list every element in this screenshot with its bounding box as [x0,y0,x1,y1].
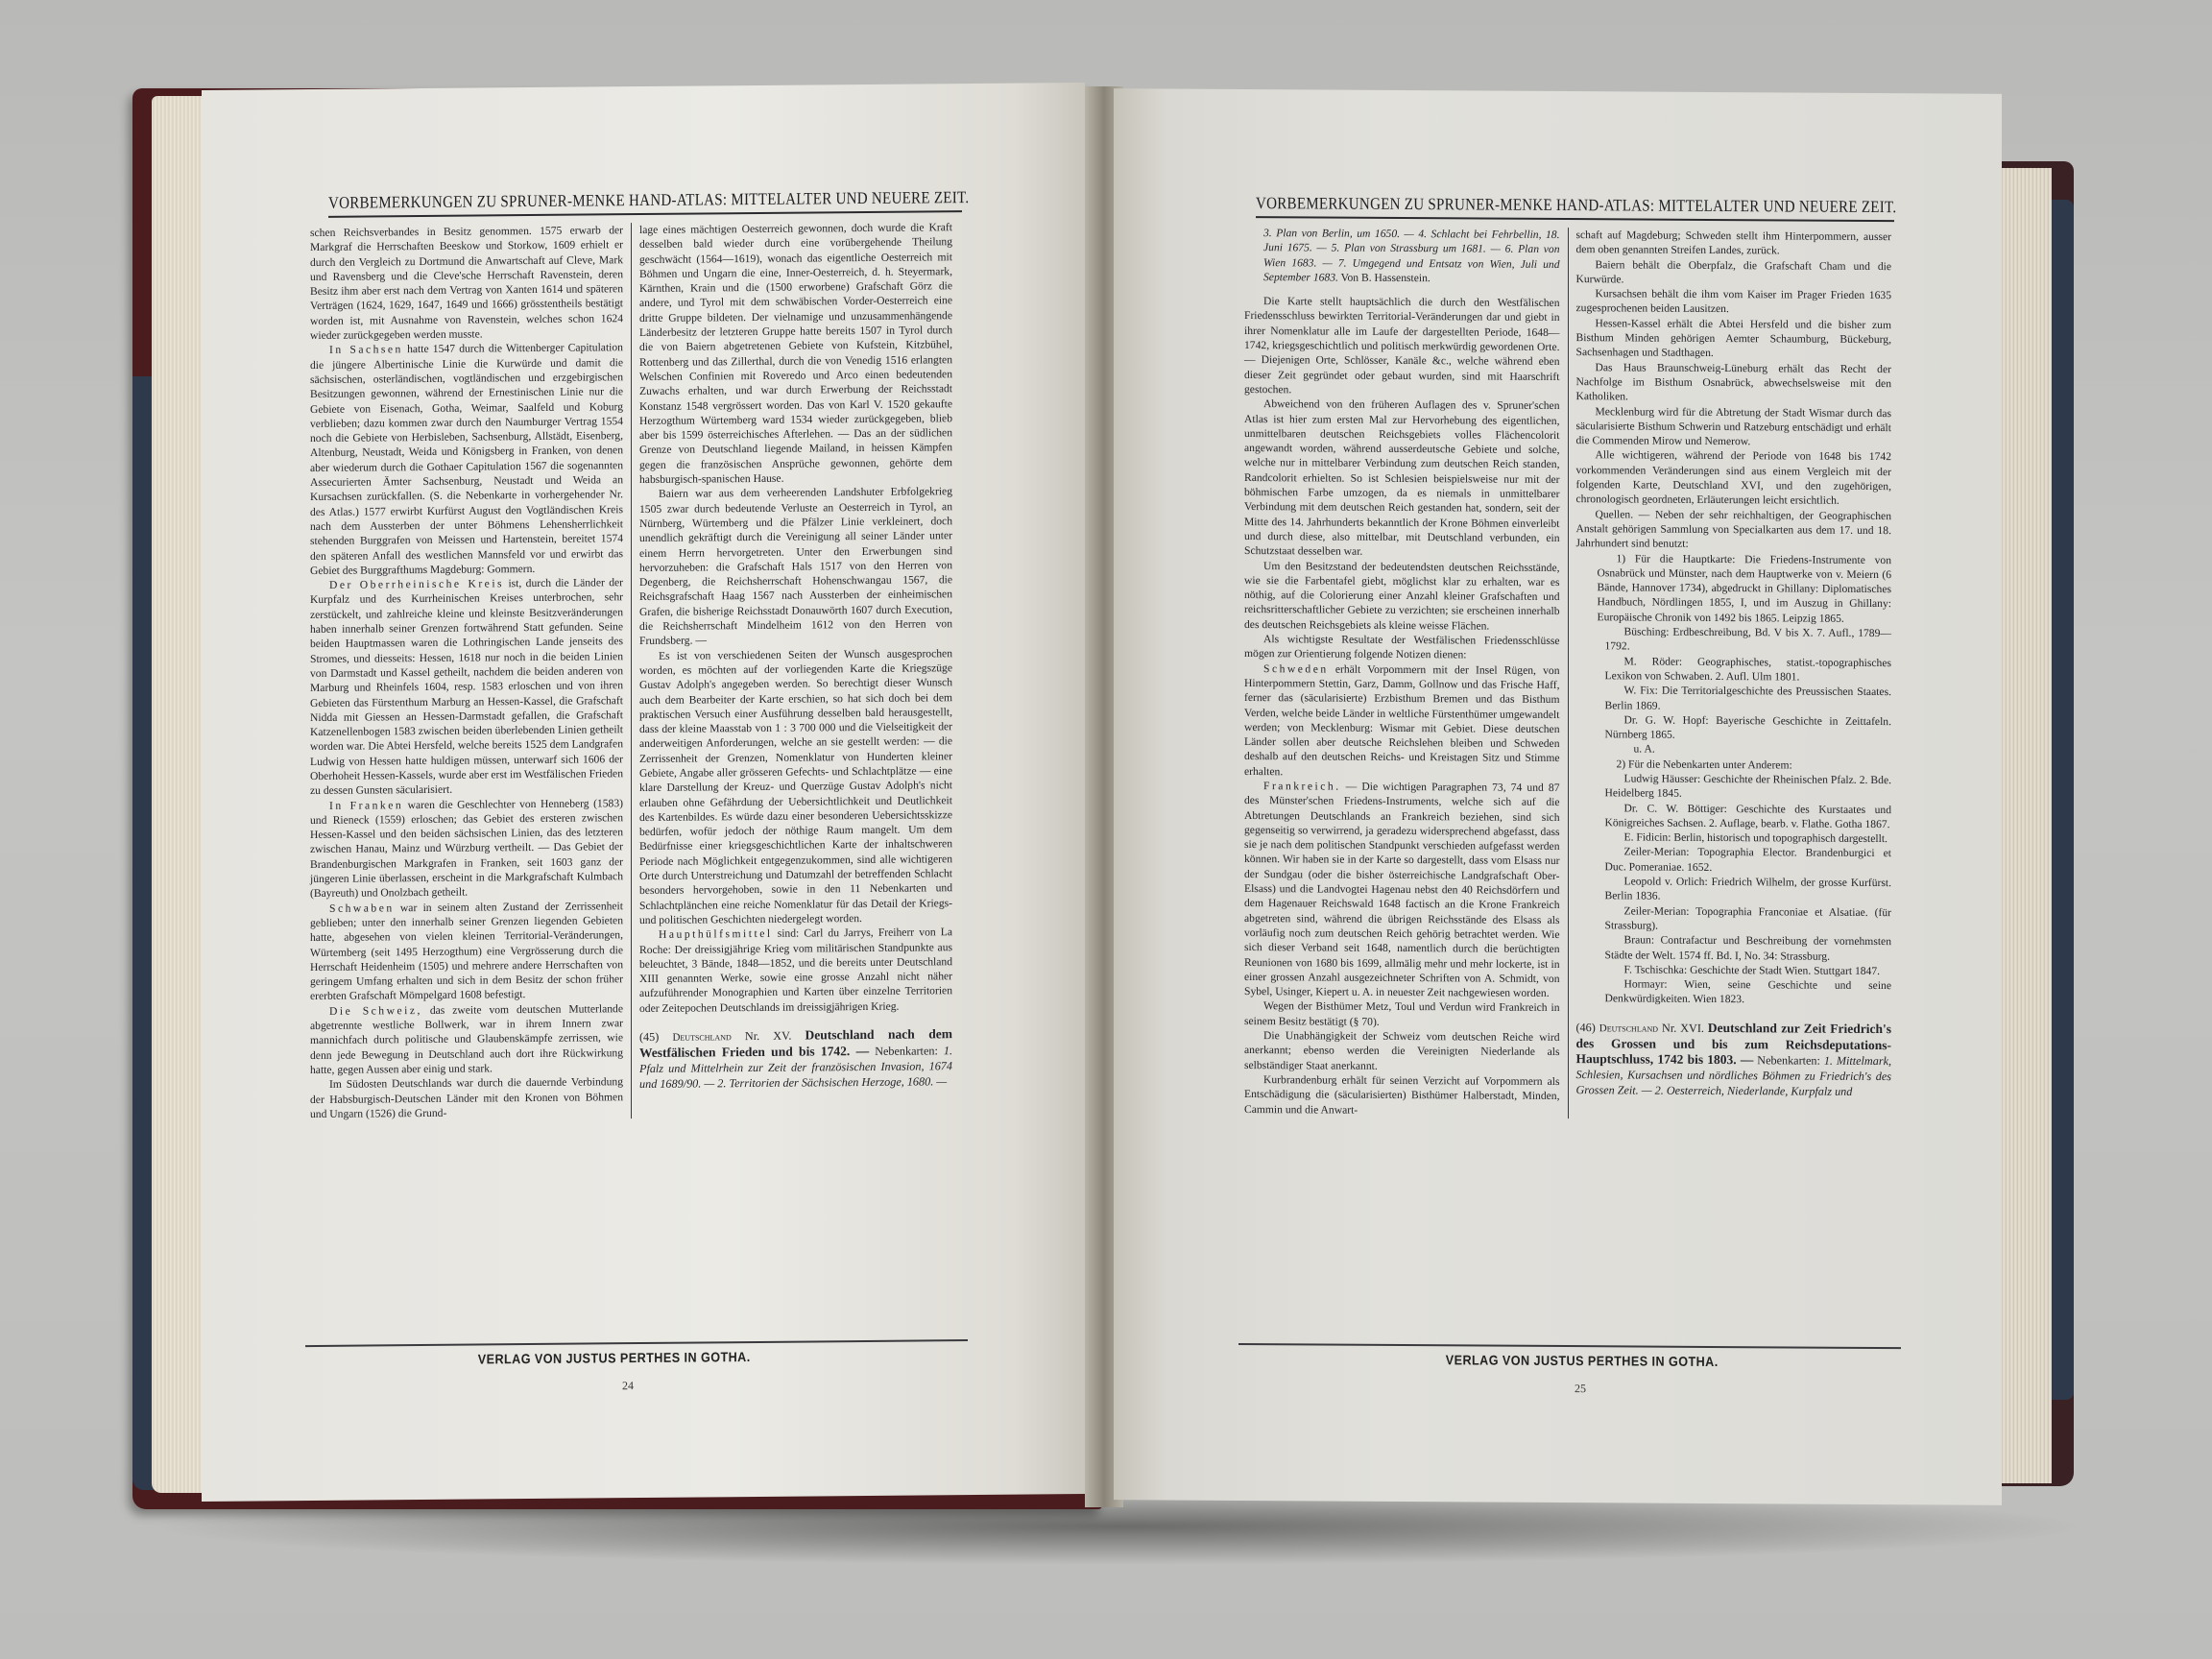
publisher-footer: VERLAG VON JUSTUS PERTHES IN GOTHA. [478,1349,751,1366]
spaced-term: Schwaben [329,902,395,915]
map-section-heading: (45) Deutschland Nr. XV. Deutschland nac… [639,1026,952,1092]
map-section-heading: (46) Deutschland Nr. XVI. Deutschland zu… [1576,1020,1892,1099]
paragraph: Alle wichtigeren, während der Periode vo… [1576,448,1892,509]
paragraph-text: erhält Vorpommern mit der Insel Rügen, v… [1244,662,1560,778]
column-1: 3. Plan von Berlin, um 1650. — 4. Schlac… [1237,226,1568,1118]
page-edges-left [152,96,209,1493]
page-number: 25 [1575,1382,1586,1396]
paragraph: Kurbrandenburg erhält für seinen Verzich… [1244,1072,1560,1118]
paragraph: Mecklenburg wird für die Abtretung der S… [1576,404,1892,450]
paragraph: Das Haus Braunschweig-Lüneburg erhält da… [1576,360,1892,406]
spaced-term: In Franken [329,799,403,812]
cover-cloth-left [132,376,154,1490]
source-entry: Ludwig Häusser: Geschichte der Rheinisch… [1576,771,1892,803]
section-number: (46) [1576,1021,1596,1034]
paragraph-text: war in seinem alten Zustand der Zerrisse… [310,900,623,1003]
paragraph: Schweden erhält Vorpommern mit der Insel… [1244,661,1560,781]
paragraph-text: — Die wichtigen Paragraphen 73, 74 und 8… [1244,781,1560,999]
nebenkarten-label: Nebenkarten: [1757,1053,1820,1067]
running-header: VORBEMERKUNGEN ZU SPRUNER-MENKE HAND-ATL… [328,187,979,213]
spaced-term: Die Schweiz, [329,1004,422,1018]
paragraph: Baiern behält die Oberpfalz, die Grafsch… [1576,257,1892,289]
right-page: VORBEMERKUNGEN ZU SPRUNER-MENKE HAND-ATL… [1114,88,2002,1505]
paragraph: Schwaben war in seinem alten Zustand der… [310,899,623,1004]
page-edges-right [2002,168,2052,1483]
paragraph: Es ist von verschiedenen Seiten der Wuns… [639,646,952,927]
paragraph: In Sachsen hatte 1547 durch die Wittenbe… [310,341,623,579]
paragraph: Baiern war aus dem verheerenden Landshut… [639,485,952,649]
source-entry: Dr. C. W. Böttiger: Geschichte des Kurst… [1576,801,1892,832]
source-entry: W. Fix: Die Territorialgeschichte des Pr… [1576,683,1892,714]
paragraph: In Franken waren die Geschlechter von He… [310,796,623,902]
paragraph: Hessen-Kassel erhält die Abtei Hersfeld … [1576,316,1892,362]
column-2: lage eines mächtigen Oesterreich gewonne… [631,220,960,1118]
paragraph: Um den Besitzstand der bedeutendsten deu… [1244,559,1560,634]
paragraph: Abweichend von den früheren Auflagen des… [1244,397,1560,560]
paragraph: lage eines mächtigen Oesterreich gewonne… [639,220,952,487]
source-entry: 1) Für die Hauptkarte: Die Friedens-Inst… [1576,551,1892,626]
paragraph: Frankreich. — Die wichtigen Paragraphen … [1244,779,1560,1000]
paragraph: Als wichtigste Resultate der Westfälisch… [1244,632,1560,663]
source-entry: Büsching: Erdbeschreibung, Bd. V bis X. … [1576,624,1892,656]
paragraph: Haupthülfsmittel sind: Carl du Jarrys, F… [639,925,952,1016]
paragraph: Die Karte stellt hauptsächlich die durch… [1244,294,1560,398]
spaced-term: Haupthülfsmittel [659,927,773,941]
paragraph: 3. Plan von Berlin, um 1650. — 4. Schlac… [1244,226,1560,286]
source-entry: Zeiler-Merian: Topographia Franconiae et… [1576,903,1892,935]
header-rule [1256,216,1894,222]
column-2: schaft auf Magdeburg; Schweden stellt ih… [1568,228,1900,1120]
page-number: 24 [622,1379,634,1393]
nebenkarten-label: Nebenkarten: [875,1044,938,1058]
footer-rule [1238,1343,1901,1349]
section-nr: Nr. XV. [745,1029,791,1043]
paragraph: Wegen der Bisthümer Metz, Toul und Verdu… [1244,998,1560,1030]
section-number: (45) [639,1030,659,1044]
paragraph: Quellen. — Neben der sehr reichhaltigen,… [1576,507,1892,553]
paragraph: schaft auf Magdeburg; Schweden stellt ih… [1576,228,1892,259]
paragraph: Im Südosten Deutschlands war durch die d… [310,1074,623,1121]
text-columns: 3. Plan von Berlin, um 1650. — 4. Schlac… [1237,226,1899,1120]
paragraph: Der Oberrheinische Kreis ist, durch die … [310,575,623,798]
cover-cloth-right [2051,200,2074,1400]
spaced-term: In Sachsen [329,344,403,357]
spaced-term: Schweden [1263,662,1329,675]
source-entry: Braun: Contrafactur und Beschreibung der… [1576,932,1892,964]
section-series: Deutschland [1599,1022,1658,1034]
source-entry: M. Röder: Geographisches, statist.-topog… [1576,654,1892,685]
paragraph: Die Schweiz, das zweite vom deutschen Mu… [310,1001,623,1077]
paragraph: Kursachsen behält die ihm vom Kaiser im … [1576,286,1892,318]
section-nr: Nr. XVI. [1662,1021,1704,1034]
source-entry: Dr. G. W. Hopf: Bayerische Geschichte in… [1576,712,1892,744]
running-header: VORBEMERKUNGEN ZU SPRUNER-MENKE HAND-ATL… [1256,193,1897,217]
source-entry: 2) Für die Nebenkarten unter Anderem: [1576,757,1892,773]
spaced-term: Frankreich. [1263,780,1341,792]
paragraph: schen Reichsverbandes in Besitz genommen… [310,223,623,343]
paragraph-text: waren die Geschlechter von Henneberg (15… [310,797,623,901]
publisher-footer: VERLAG VON JUSTUS PERTHES IN GOTHA. [1446,1352,1719,1369]
text-columns: schen Reichsverbandes in Besitz genommen… [302,220,960,1121]
section-series: Deutschland [672,1031,731,1044]
paragraph-text: hatte 1547 durch die Wittenberger Capitu… [310,342,623,577]
paragraph-text: ist, durch die Länder der Kurpfalz und d… [310,576,623,797]
spaced-term: Der Oberrheinische Kreis [329,577,504,591]
source-entry: Zeiler-Merian: Topographia Elector. Bran… [1576,845,1892,877]
map-author: Von B. Hassenstein. [1338,271,1431,284]
source-entry: Leopold v. Orlich: Friedrich Wilhelm, de… [1576,874,1892,905]
left-page: VORBEMERKUNGEN ZU SPRUNER-MENKE HAND-ATL… [202,83,1085,1502]
paragraph: Die Unabhängigkeit der Schweiz vom deuts… [1244,1028,1560,1074]
source-entry: Hormayr: Wien, seine Geschichte und sein… [1576,976,1892,1008]
column-1: schen Reichsverbandes in Besitz genommen… [302,223,631,1121]
footer-rule [305,1339,968,1347]
